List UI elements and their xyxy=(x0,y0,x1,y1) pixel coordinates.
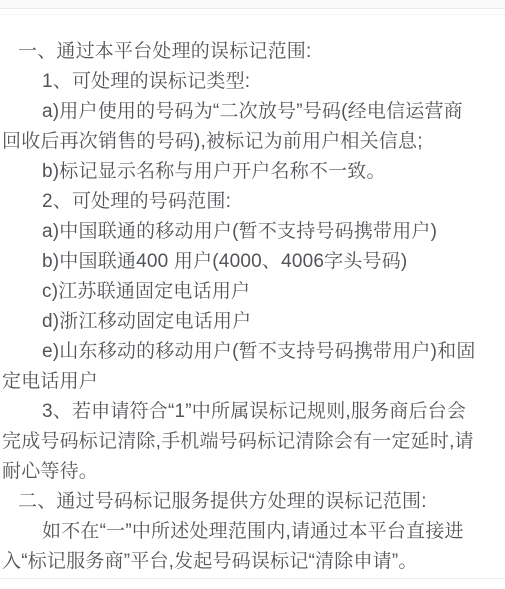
text-line: 如不在“一”中所述处理范围内,请通过本平台直接进 xyxy=(2,517,487,547)
text-line: 回收后再次销售的号码),被标记为前用户相关信息; xyxy=(2,127,487,157)
text-line: 完成号码标记清除,手机端号码标记清除会有一定延时,请 xyxy=(2,427,487,457)
help-page: 一、通过本平台处理的误标记范围:1、可处理的误标记类型:a)用户使用的号码为“二… xyxy=(0,0,505,589)
text-line: 入“标记服务商”平台,发起号码误标记“清除申请”。 xyxy=(2,547,487,577)
text-line: a)中国联通的移动用户(暂不支持号码携带用户) xyxy=(2,217,487,247)
top-divider xyxy=(0,0,505,9)
text-line: d)浙江移动固定电话用户 xyxy=(2,307,487,337)
text-line: e)山东移动的移动用户(暂不支持号码携带用户)和固 xyxy=(2,337,487,367)
text-line: 1、可处理的误标记类型: xyxy=(2,67,487,97)
document-content: 一、通过本平台处理的误标记范围:1、可处理的误标记类型:a)用户使用的号码为“二… xyxy=(0,15,505,577)
text-line: b)中国联通400 用户(4000、4006字头号码) xyxy=(2,247,487,277)
text-line: 3、若申请符合“1”中所属误标记规则,服务商后台会 xyxy=(2,397,487,427)
text-line: 耐心等待。 xyxy=(2,457,487,487)
text-line: c)江苏联通固定电话用户 xyxy=(2,277,487,307)
text-line: 一、通过本平台处理的误标记范围: xyxy=(2,37,487,67)
bottom-divider xyxy=(0,578,505,579)
text-line: 2、可处理的号码范围: xyxy=(2,187,487,217)
text-line: 二、通过号码标记服务提供方处理的误标记范围: xyxy=(2,487,487,517)
text-line: b)标记显示名称与用户开户名称不一致。 xyxy=(2,157,487,187)
text-line: a)用户使用的号码为“二次放号”号码(经电信运营商 xyxy=(2,97,487,127)
text-line: 定电话用户 xyxy=(2,367,487,397)
